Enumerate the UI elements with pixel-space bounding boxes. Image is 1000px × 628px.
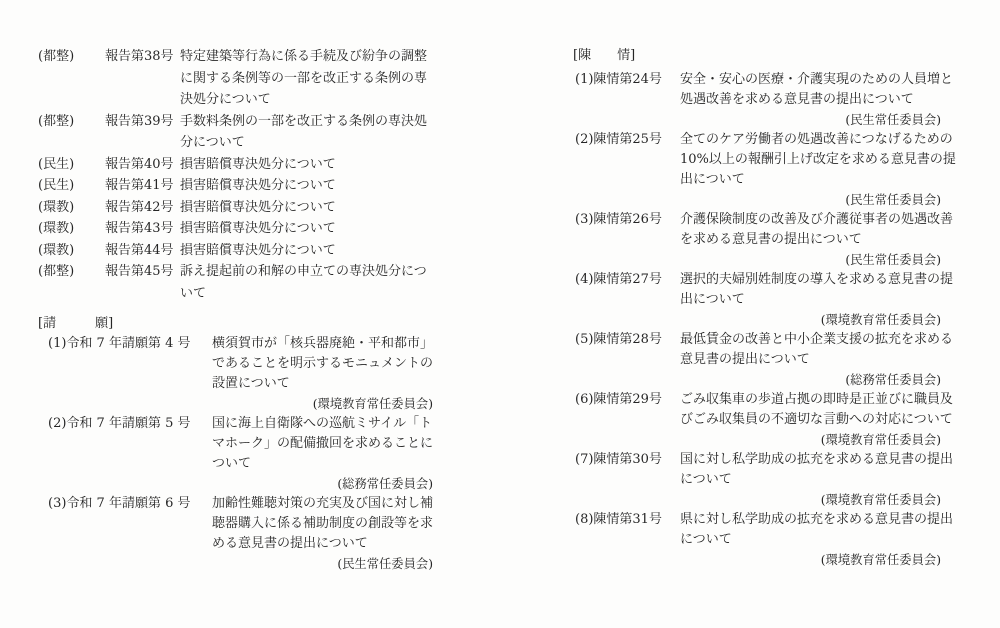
chinjo-number: (7)陳情第30号 (575, 450, 662, 470)
petition-description: 横須賀市が「核兵器廃絶・平和都市」 であることを明示するモニュメントの 設置につ… (212, 334, 437, 394)
chinjo-line: ごみ収集車の歩道占拠の即時是正並びに職員及 (680, 390, 967, 410)
report-description: 損害賠償専決処分について (180, 218, 462, 240)
chinjo-line: 全てのケア労働者の処遇改善につなげるための (680, 130, 967, 150)
report-line: 損害賠償専決処分について (180, 218, 462, 240)
referred-committee-label: (民生常任委員会) (575, 110, 967, 130)
chinjo-line: 国に対し私学助成の拡充を求める意見書の提出 (680, 450, 967, 470)
chinjo-item-27: (4)陳情第27号 選択的夫婦別姓制度の導入を求める意見書の提 出について (環… (575, 270, 967, 330)
report-line: 分について (180, 132, 462, 154)
report-description: 訴え提起前の和解の申立ての専決処分につ いて (180, 261, 462, 304)
chinjo-item-26: (3)陳情第26号 介護保険制度の改善及び介護従事者の処遇改善 を求める意見書の… (575, 210, 967, 270)
chinjo-line: 最低賃金の改善と中小企業支援の拡充を求める (680, 330, 967, 350)
report-line: 損害賠償専決処分について (180, 197, 462, 219)
chinjo-line: びごみ収集員の不適切な言動への対応について (680, 410, 967, 430)
petition-item-4: (1)令和 7 年請願第 4 号 横須賀市が「核兵器廃絶・平和都市」 であること… (48, 334, 437, 414)
petition-item-6: (3)令和 7 年請願第 6 号 加齢性難聴対策の充実及び国に対し補 聴器購入に… (48, 494, 437, 574)
referred-committee-label: (民生常任委員会) (48, 554, 437, 574)
report-number: 報告第41号 (105, 175, 174, 197)
chinjo-line: 県に対し私学助成の拡充を求める意見書の提出 (680, 510, 967, 530)
chinjo-line: 選択的夫婦別姓制度の導入を求める意見書の提 (680, 270, 967, 290)
chinjo-line: について (680, 470, 967, 490)
report-description: 損害賠償専決処分について (180, 197, 462, 219)
chinjo-description: 選択的夫婦別姓制度の導入を求める意見書の提 出について (680, 270, 967, 310)
chinjo-number: (6)陳情第29号 (575, 390, 662, 410)
committee-tag: (環教) (38, 218, 74, 240)
petition-item-5: (2)令和 7 年請願第 5 号 国に海上自衛隊への巡航ミサイル「ト マホーク」… (48, 414, 437, 494)
report-description: 特定建築等行為に係る手続及び紛争の調整 に関する条例等の一部を改正する条例の専 … (180, 46, 462, 111)
petition-line: める意見書の提出について (212, 534, 437, 554)
report-description: 損害賠償専決処分について (180, 175, 462, 197)
report-line: 決処分について (180, 89, 462, 111)
chinjo-line: 出について (680, 290, 967, 310)
chinjo-item-29: (6)陳情第29号 ごみ収集車の歩道占拠の即時是正並びに職員及 びごみ収集員の不… (575, 390, 967, 450)
chinjo-description: 最低賃金の改善と中小企業支援の拡充を求める 意見書の提出について (680, 330, 967, 370)
report-line: 損害賠償専決処分について (180, 154, 462, 176)
chinjo-line: について (680, 530, 967, 550)
report-item-41: (民生) 報告第41号 損害賠償専決処分について (38, 175, 462, 197)
petition-description: 国に海上自衛隊への巡航ミサイル「ト マホーク」の配備撤回を求めることに ついて (212, 414, 437, 474)
referred-committee-label: (総務常任委員会) (48, 474, 437, 494)
reports-section: (都整) 報告第38号 特定建築等行為に係る手続及び紛争の調整 に関する条例等の… (38, 46, 462, 304)
report-line: 訴え提起前の和解の申立ての専決処分につ (180, 261, 462, 283)
chinjo-item-25: (2)陳情第25号 全てのケア労働者の処遇改善につなげるための 10%以上の報酬… (575, 130, 967, 210)
report-line: に関する条例等の一部を改正する条例の専 (180, 68, 462, 90)
report-item-43: (環教) 報告第43号 損害賠償専決処分について (38, 218, 462, 240)
chinjo-section: (1)陳情第24号 安全・安心の医療・介護実現のための人員増と 処遇改善を求める… (575, 70, 967, 570)
chinjo-line: 10%以上の報酬引上げ改定を求める意見書の提 (680, 150, 967, 170)
chinjo-line: 安全・安心の医療・介護実現のための人員増と (680, 70, 967, 90)
report-number: 報告第43号 (105, 218, 174, 240)
chinjo-description: ごみ収集車の歩道占拠の即時是正並びに職員及 びごみ収集員の不適切な言動への対応に… (680, 390, 967, 430)
committee-tag: (民生) (38, 175, 74, 197)
referred-committee-label: (民生常任委員会) (575, 250, 967, 270)
petition-number: (1)令和 7 年請願第 4 号 (48, 334, 191, 354)
report-line: 特定建築等行為に係る手続及び紛争の調整 (180, 46, 462, 68)
petitions-section: (1)令和 7 年請願第 4 号 横須賀市が「核兵器廃絶・平和都市」 であること… (48, 334, 437, 574)
chinjo-line: 意見書の提出について (680, 350, 967, 370)
report-description: 損害賠償専決処分について (180, 154, 462, 176)
report-item-39: (都整) 報告第39号 手数料条例の一部を改正する条例の専決処 分について (38, 111, 462, 154)
chinjo-line: 出について (680, 170, 967, 190)
chinjo-item-24: (1)陳情第24号 安全・安心の医療・介護実現のための人員増と 処遇改善を求める… (575, 70, 967, 130)
petition-line: であることを明示するモニュメントの (212, 354, 437, 374)
chinjo-number: (2)陳情第25号 (575, 130, 662, 150)
petition-description: 加齢性難聴対策の充実及び国に対し補 聴器購入に係る補助制度の創設等を求 める意見… (212, 494, 437, 554)
petition-line: 加齢性難聴対策の充実及び国に対し補 (212, 494, 437, 514)
report-item-45: (都整) 報告第45号 訴え提起前の和解の申立ての専決処分につ いて (38, 261, 462, 304)
committee-tag: (都整) (38, 261, 74, 283)
report-number: 報告第38号 (105, 46, 174, 68)
chinjo-number: (1)陳情第24号 (575, 70, 662, 90)
report-line: いて (180, 283, 462, 305)
chinjo-item-31: (8)陳情第31号 県に対し私学助成の拡充を求める意見書の提出 について (環境… (575, 510, 967, 570)
report-item-42: (環教) 報告第42号 損害賠償専決処分について (38, 197, 462, 219)
chinjo-description: 介護保険制度の改善及び介護従事者の処遇改善 を求める意見書の提出について (680, 210, 967, 250)
chinjo-description: 安全・安心の医療・介護実現のための人員増と 処遇改善を求める意見書の提出について (680, 70, 967, 110)
referred-committee-label: (環境教育常任委員会) (575, 550, 967, 570)
report-item-44: (環教) 報告第44号 損害賠償専決処分について (38, 240, 462, 262)
chinjo-section-header: [陳 情] (573, 46, 635, 66)
report-line: 損害賠償専決処分について (180, 175, 462, 197)
referred-committee-label: (環境教育常任委員会) (48, 394, 437, 414)
petition-line: マホーク」の配備撤回を求めることに (212, 434, 437, 454)
report-number: 報告第44号 (105, 240, 174, 262)
chinjo-description: 国に対し私学助成の拡充を求める意見書の提出 について (680, 450, 967, 490)
report-line: 手数料条例の一部を改正する条例の専決処 (180, 111, 462, 133)
petition-line: 横須賀市が「核兵器廃絶・平和都市」 (212, 334, 437, 354)
petition-line: ついて (212, 454, 437, 474)
report-line: 損害賠償専決処分について (180, 240, 462, 262)
chinjo-item-28: (5)陳情第28号 最低賃金の改善と中小企業支援の拡充を求める 意見書の提出につ… (575, 330, 967, 390)
chinjo-number: (3)陳情第26号 (575, 210, 662, 230)
referred-committee-label: (民生常任委員会) (575, 190, 967, 210)
committee-tag: (環教) (38, 240, 74, 262)
petition-line: 国に海上自衛隊への巡航ミサイル「ト (212, 414, 437, 434)
chinjo-line: 介護保険制度の改善及び介護従事者の処遇改善 (680, 210, 967, 230)
report-number: 報告第40号 (105, 154, 174, 176)
referred-committee-label: (環境教育常任委員会) (575, 310, 967, 330)
chinjo-description: 県に対し私学助成の拡充を求める意見書の提出 について (680, 510, 967, 550)
report-number: 報告第39号 (105, 111, 174, 133)
committee-tag: (環教) (38, 197, 74, 219)
chinjo-number: (4)陳情第27号 (575, 270, 662, 290)
report-description: 手数料条例の一部を改正する条例の専決処 分について (180, 111, 462, 154)
petition-number: (3)令和 7 年請願第 6 号 (48, 494, 191, 514)
chinjo-item-30: (7)陳情第30号 国に対し私学助成の拡充を求める意見書の提出 について (環境… (575, 450, 967, 510)
report-number: 報告第45号 (105, 261, 174, 283)
chinjo-number: (8)陳情第31号 (575, 510, 662, 530)
referred-committee-label: (環境教育常任委員会) (575, 430, 967, 450)
petitions-section-header: [請 願] (38, 314, 113, 334)
petition-number: (2)令和 7 年請願第 5 号 (48, 414, 191, 434)
report-number: 報告第42号 (105, 197, 174, 219)
report-item-40: (民生) 報告第40号 損害賠償専決処分について (38, 154, 462, 176)
committee-tag: (民生) (38, 154, 74, 176)
chinjo-description: 全てのケア労働者の処遇改善につなげるための 10%以上の報酬引上げ改定を求める意… (680, 130, 967, 190)
referred-committee-label: (環境教育常任委員会) (575, 490, 967, 510)
referred-committee-label: (総務常任委員会) (575, 370, 967, 390)
petition-line: 設置について (212, 374, 437, 394)
chinjo-line: を求める意見書の提出について (680, 230, 967, 250)
committee-tag: (都整) (38, 111, 74, 133)
report-item-38: (都整) 報告第38号 特定建築等行為に係る手続及び紛争の調整 に関する条例等の… (38, 46, 462, 111)
agenda-document-page: (都整) 報告第38号 特定建築等行為に係る手続及び紛争の調整 に関する条例等の… (0, 0, 1000, 628)
committee-tag: (都整) (38, 46, 74, 68)
report-description: 損害賠償専決処分について (180, 240, 462, 262)
chinjo-number: (5)陳情第28号 (575, 330, 662, 350)
petition-line: 聴器購入に係る補助制度の創設等を求 (212, 514, 437, 534)
chinjo-line: 処遇改善を求める意見書の提出について (680, 90, 967, 110)
